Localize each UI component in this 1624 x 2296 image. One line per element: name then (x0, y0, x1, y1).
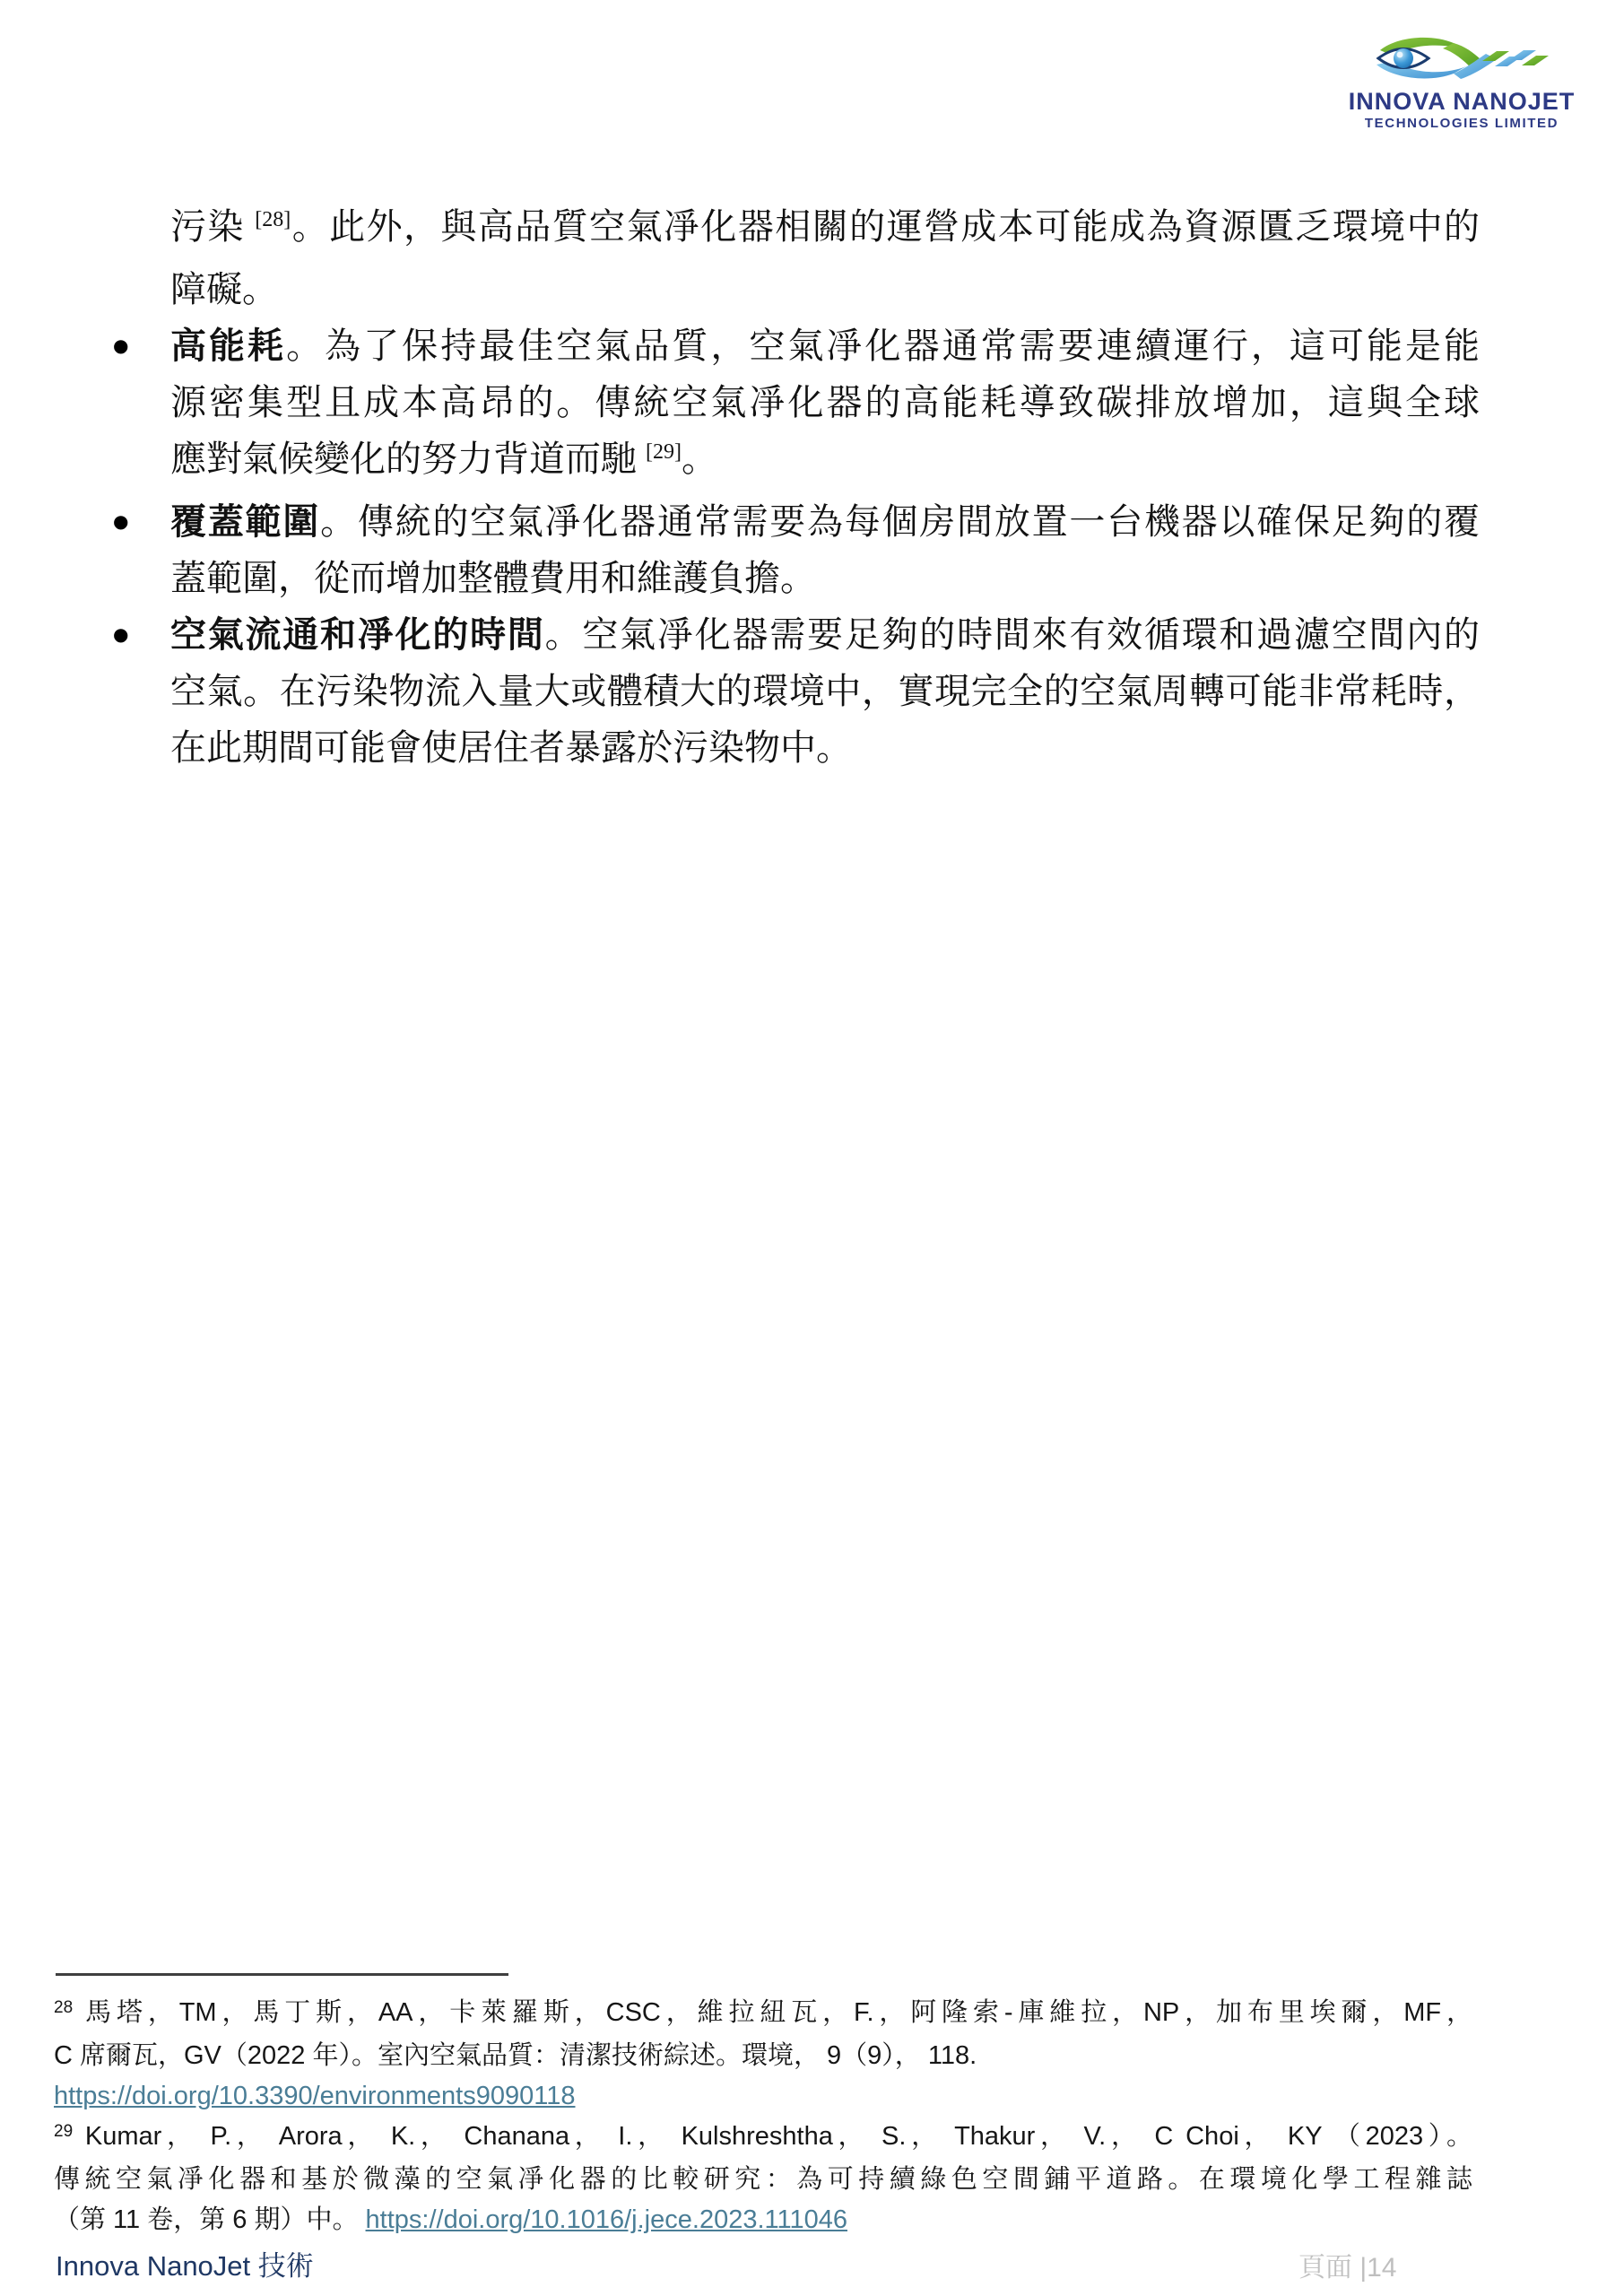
body-text: 。為了保持最佳空氣品質，空氣凈化器通常需要連續運行，這可能是能 (286, 326, 1480, 366)
body-line: 蓋範圍，從而增加整體費用和維護負擔。 (170, 550, 1480, 606)
body-line: 高能耗。為了保持最佳空氣品質，空氣凈化器通常需要連續運行，這可能是能 (170, 317, 1480, 374)
body-line: 應對氣候變化的努力背道而馳 [29]。 (170, 430, 1480, 493)
document-page: INNOVA NANOJET TECHNOLOGIES LIMITED 污染 [… (0, 0, 1624, 2296)
company-logo: INNOVA NANOJET TECHNOLOGIES LIMITED (1305, 34, 1619, 131)
footnote-line: 28 馬塔，TM，馬丁斯，AA，卡萊羅斯，CSC，維拉紐瓦，F.，阿隆索-庫維拉… (54, 1993, 1472, 2036)
body-text: 應對氣候變化的努力背道而馳 (170, 439, 646, 479)
bullet-marker-icon: ● (113, 493, 128, 550)
body-line: 覆蓋範圍。傳統的空氣凈化器通常需要為每個房間放置一台機器以確保足夠的覆 (170, 493, 1480, 550)
logo-eye-icon (1368, 34, 1556, 84)
bullet-heading: 覆蓋範圍 (170, 501, 320, 542)
footnote-line: C 席爾瓦，GV（2022 年）。室內空氣品質：清潔技術綜述。環境， 9（9），… (54, 2036, 1472, 2076)
page-number: 頁面 |14 (1298, 2245, 1397, 2284)
footnotes: 28 馬塔，TM，馬丁斯，AA，卡萊羅斯，CSC，維拉紐瓦，F.，阿隆索-庫維拉… (54, 1993, 1472, 2240)
body-text: 。空氣凈化器需要足夠的時間來有效循環和過濾空間內的 (545, 614, 1480, 655)
bullet-item-coverage: ● 覆蓋範圍。傳統的空氣凈化器通常需要為每個房間放置一台機器以確保足夠的覆 蓋範… (170, 493, 1480, 606)
bullet-marker-icon: ● (113, 606, 128, 663)
footnote-marker-28: 28 (54, 1998, 73, 2017)
body-line: 障礙。 (170, 261, 1480, 317)
doi-link-29[interactable]: https://doi.org/10.1016/j.jece.2023.1110… (366, 2205, 847, 2234)
footnote-text: Kumar， P.， Arora， K.， Chanana， I.， Kulsh… (73, 2122, 1472, 2151)
doi-link-28[interactable]: https://doi.org/10.3390/environments9090… (54, 2082, 576, 2110)
bullet-heading: 高能耗 (170, 326, 286, 366)
footnote-line: （第 11 卷，第 6 期）中。 https://doi.org/10.1016… (54, 2200, 1472, 2240)
body-content: 污染 [28]。此外，與高品質空氣凈化器相關的運營成本可能成為資源匱乏環境中的 … (170, 198, 1480, 776)
body-line: 空氣流通和凈化的時間。空氣凈化器需要足夠的時間來有效循環和過濾空間內的 (170, 606, 1480, 663)
footnote-ref-28: [28] (255, 208, 291, 231)
brand-subtitle: TECHNOLOGIES LIMITED (1305, 116, 1619, 131)
body-line: 源密集型且成本高昂的。傳統空氣凈化器的高能耗導致碳排放增加，這與全球 (170, 374, 1480, 430)
body-text: 。傳統的空氣凈化器通常需要為每個房間放置一台機器以確保足夠的覆 (320, 501, 1480, 542)
bullet-heading: 空氣流通和凈化的時間 (170, 614, 545, 655)
body-text: 污染 (170, 206, 255, 247)
footnote-line: https://doi.org/10.3390/environments9090… (54, 2076, 1472, 2117)
bullet-item-airflow: ● 空氣流通和凈化的時間。空氣凈化器需要足夠的時間來有效循環和過濾空間內的 空氣… (170, 606, 1480, 776)
footnote-text: 馬塔，TM，馬丁斯，AA，卡萊羅斯，CSC，維拉紐瓦，F.，阿隆索-庫維拉，NP… (73, 1998, 1472, 2027)
footnote-28: 28 馬塔，TM，馬丁斯，AA，卡萊羅斯，CSC，維拉紐瓦，F.，阿隆索-庫維拉… (54, 1993, 1472, 2117)
footer-brand: Innova NanoJet 技術 (56, 2243, 314, 2283)
body-text: 。 (682, 439, 717, 479)
footnote-line: 29 Kumar， P.， Arora， K.， Chanana， I.， Ku… (54, 2117, 1472, 2160)
footnote-ref-29: [29] (646, 440, 682, 464)
bullet-item-energy: ● 高能耗。為了保持最佳空氣品質，空氣凈化器通常需要連續運行，這可能是能 源密集… (170, 317, 1480, 493)
footnote-text: （第 11 卷，第 6 期）中。 (54, 2205, 366, 2234)
footnote-separator (56, 1973, 508, 1976)
brand-name: INNOVA NANOJET (1305, 88, 1619, 116)
body-line: 污染 [28]。此外，與高品質空氣凈化器相關的運營成本可能成為資源匱乏環境中的 (170, 198, 1480, 261)
body-line: 在此期間可能會使居住者暴露於污染物中。 (170, 719, 1480, 776)
body-text: 。此外，與高品質空氣凈化器相關的運營成本可能成為資源匱乏環境中的 (291, 206, 1480, 247)
footnote-29: 29 Kumar， P.， Arora， K.， Chanana， I.， Ku… (54, 2117, 1472, 2240)
body-line: 空氣。在污染物流入量大或體積大的環境中，實現完全的空氣周轉可能非常耗時， (170, 663, 1480, 719)
footnote-marker-29: 29 (54, 2122, 73, 2141)
footnote-line: 傳統空氣凈化器和基於微藻的空氣凈化器的比較研究：為可持續綠色空間鋪平道路。在環境… (54, 2160, 1472, 2200)
bullet-marker-icon: ● (113, 317, 128, 374)
intro-paragraph: 污染 [28]。此外，與高品質空氣凈化器相關的運營成本可能成為資源匱乏環境中的 … (170, 198, 1480, 317)
